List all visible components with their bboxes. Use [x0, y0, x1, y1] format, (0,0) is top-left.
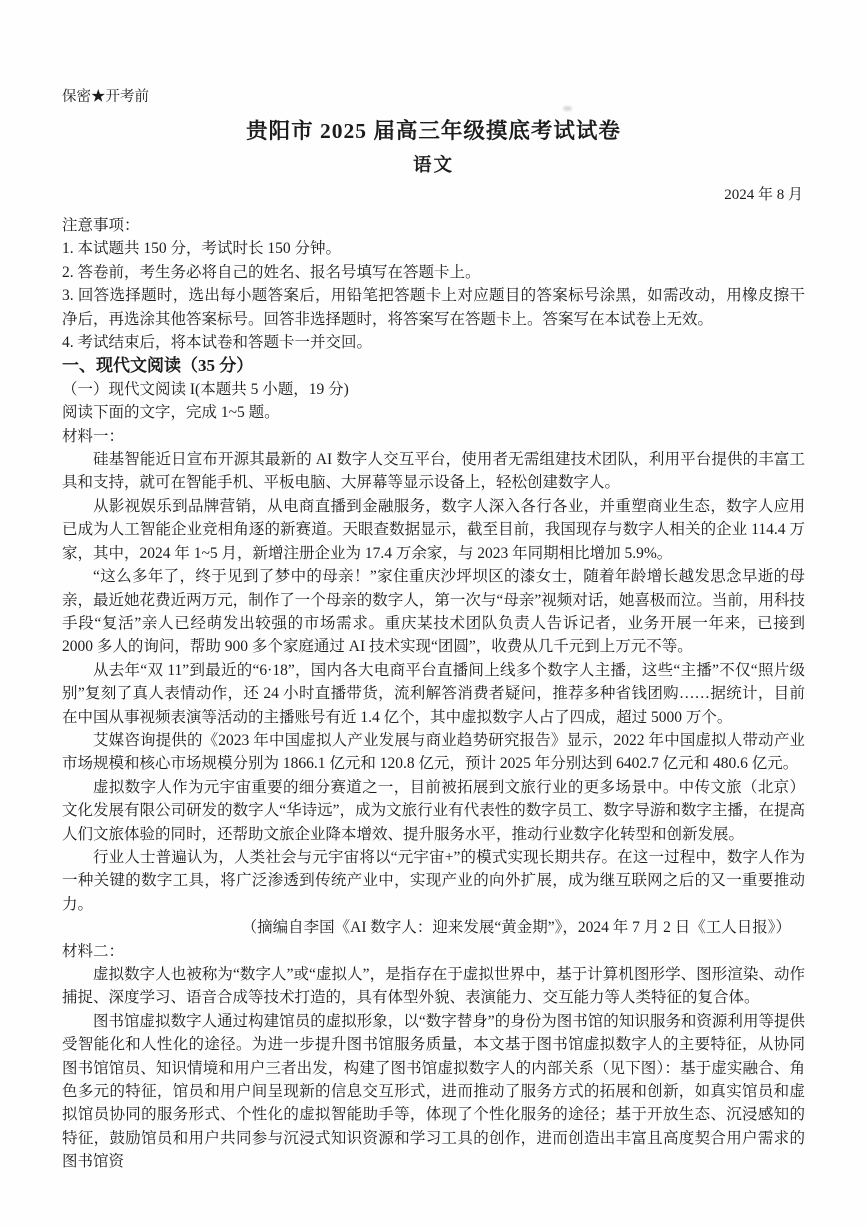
- notice-item-1: 1. 本试题共 150 分，考试时长 150 分钟。: [62, 237, 805, 260]
- material-two-label: 材料二：: [62, 940, 805, 963]
- material-one-block: 材料一： 硅基智能近日宣布开源其最新的 AI 数字人交互平台，使用者无需组建技术…: [62, 425, 805, 940]
- material-one-paragraph-3: “这么多年了，终于见到了梦中的母亲！”家住重庆沙坪坝区的漆女士，随着年龄增长越发…: [62, 565, 805, 659]
- notice-item-4: 4. 考试结束后，将本试卷和答题卡一并交回。: [62, 331, 805, 354]
- material-two-block: 材料二： 虚拟数字人也被称为“数字人”或“虚拟人”，是指存在于虚拟世界中，基于计…: [62, 940, 805, 1174]
- section-one-heading: 一、现代文阅读（35 分）: [62, 354, 805, 377]
- material-two-paragraph-1: 虚拟数字人也被称为“数字人”或“虚拟人”，是指存在于虚拟世界中，基于计算机图形学…: [62, 963, 805, 1010]
- section-one-header: 一、现代文阅读（35 分） （一）现代文阅读 I(本题共 5 小题，19 分) …: [62, 354, 805, 424]
- scan-artifact: [563, 106, 572, 111]
- exam-title: 贵阳市 2025 届高三年级摸底考试试卷: [62, 114, 805, 145]
- material-one-paragraph-7: 行业人士普遍认为，人类社会与元宇宙将以“元宇宙+”的模式实现长期共存。在这一过程…: [62, 846, 805, 916]
- exam-subject: 语文: [62, 151, 805, 177]
- security-label: 保密★开考前: [62, 88, 805, 106]
- exam-date: 2024 年 8 月: [62, 183, 803, 204]
- notice-item-2: 2. 答卷前，考生务必将自己的姓名、报名号填写在答题卡上。: [62, 261, 805, 284]
- material-one-label: 材料一：: [62, 425, 805, 448]
- notices-heading: 注意事项：: [62, 214, 805, 237]
- notices-block: 注意事项： 1. 本试题共 150 分，考试时长 150 分钟。 2. 答卷前，…: [62, 214, 805, 354]
- notice-item-3: 3. 回答选择题时，选出每小题答案后，用铅笔把答题卡上对应题目的答案标号涂黑，如…: [62, 284, 805, 331]
- material-one-paragraph-2: 从影视娱乐到品牌营销，从电商直播到金融服务，数字人深入各行各业，并重塑商业生态，…: [62, 495, 805, 565]
- section-one-part-heading: （一）现代文阅读 I(本题共 5 小题，19 分): [62, 378, 805, 401]
- material-one-citation: （摘编自李国《AI 数字人：迎来发展“黄金期”》，2024 年 7 月 2 日《…: [62, 916, 805, 939]
- material-one-paragraph-4: 从去年“双 11”到最近的“6·18”，国内各大电商平台直播间上线多个数字人主播…: [62, 659, 805, 729]
- material-one-paragraph-1: 硅基智能近日宣布开源其最新的 AI 数字人交互平台，使用者无需组建技术团队，利用…: [62, 448, 805, 495]
- material-one-paragraph-5: 艾媒咨询提供的《2023 年中国虚拟人产业发展与商业趋势研究报告》显示，2022…: [62, 729, 805, 776]
- exam-paper-page: 保密★开考前 贵阳市 2025 届高三年级摸底考试试卷 语文 2024 年 8 …: [0, 0, 867, 1227]
- section-one-instruction: 阅读下面的文字，完成 1~5 题。: [62, 401, 805, 424]
- material-two-paragraph-2: 图书馆虚拟数字人通过构建馆员的虚拟形象，以“数字替身”的身份为图书馆的知识服务和…: [62, 1010, 805, 1174]
- material-one-paragraph-6: 虚拟数字人作为元宇宙重要的细分赛道之一，目前被拓展到文旅行业的更多场景中。中传文…: [62, 776, 805, 846]
